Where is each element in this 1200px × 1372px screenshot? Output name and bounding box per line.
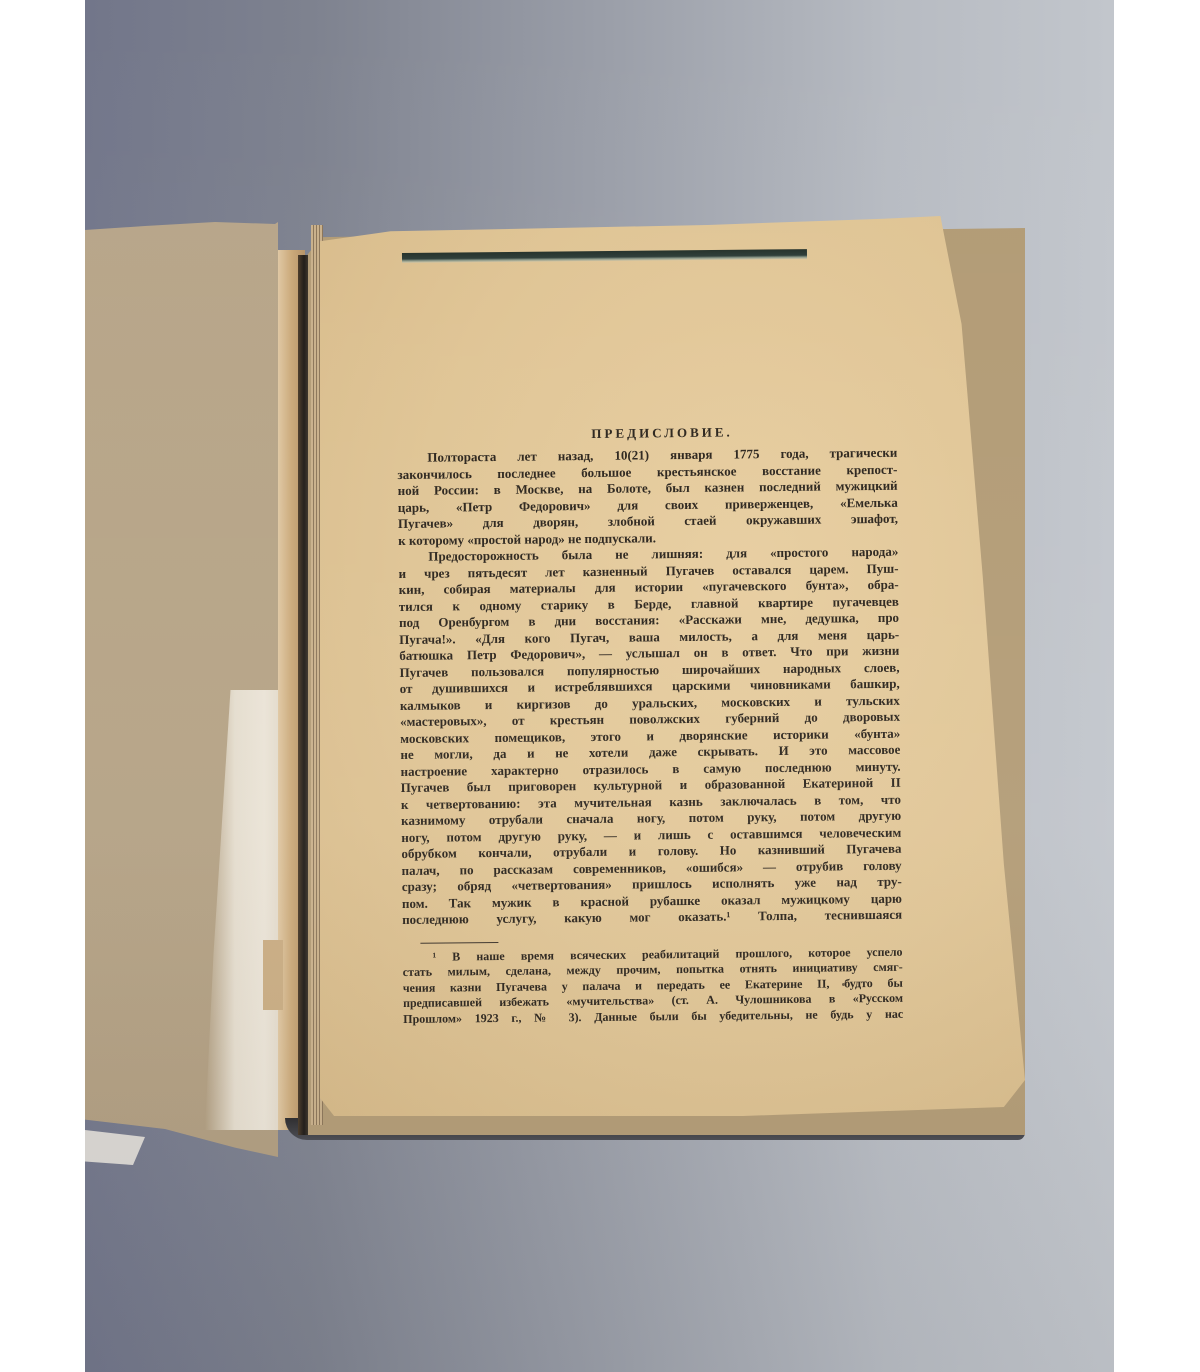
frayed-cover-corner (85, 1130, 145, 1165)
preface-text-block: ПРЕДИСЛОВИЕ. Полтораста лет назад, 10(21… (397, 423, 903, 1027)
spine-gutter (298, 255, 308, 1135)
footnote: ¹ В наше время всяческих реабилитаций пр… (402, 944, 903, 1027)
preface-body: Полтораста лет назад, 10(21) января 1775… (397, 445, 902, 929)
spine-paper-tab (263, 940, 283, 1010)
book-photo: ПРЕДИСЛОВИЕ. Полтораста лет назад, 10(21… (85, 0, 1114, 1372)
footnote-rule (420, 941, 498, 943)
page-speck (842, 983, 845, 986)
